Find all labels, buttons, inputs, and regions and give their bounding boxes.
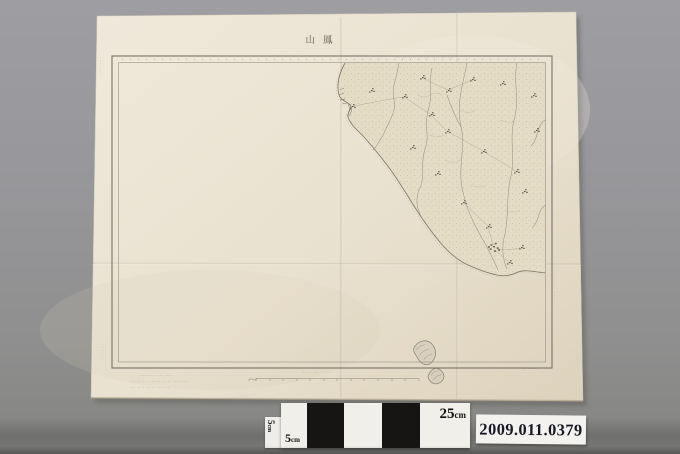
- catalog-number: 2009.011.0379: [479, 419, 583, 440]
- catalog-number-label: 2009.011.0379: [476, 414, 586, 444]
- photo-background: 山鳳 ······· ····· ······ ···· ··· ·· ····…: [0, 0, 680, 454]
- top-edge-labels: ··· ·· ···· ·· ··· ···· ·· ···: [395, 57, 545, 61]
- margin-left-bottom-text: ·····: [100, 344, 104, 358]
- margin-right-top-text: ······: [553, 56, 557, 73]
- ruler-segment-white-1: 5cm: [281, 403, 307, 448]
- imprint-line-1: ··············: [141, 374, 174, 378]
- ruler-vertical-segment: 5cm: [265, 417, 281, 448]
- ruler-25cm-label: 25cm: [440, 406, 467, 423]
- ruler-vertical-label: 5cm: [266, 420, 276, 432]
- ruler-segment-white-2: [344, 403, 382, 448]
- bottom-right-note: ··· ·····: [521, 368, 539, 372]
- map-paper: [40, 12, 590, 402]
- margin-right-bottom-text: ····: [552, 292, 556, 303]
- ruler-bar: 5cm 25cm: [281, 403, 470, 448]
- scale-bar-label: ·· · ··: [303, 371, 319, 375]
- ruler-5cm-label: 5cm: [285, 431, 300, 446]
- imprint-line-3: ·· ··· ···· ·····: [131, 386, 170, 390]
- ruler-segment-black-1: [307, 403, 344, 448]
- ruler-segment-white-3: 25cm: [420, 403, 470, 448]
- margin-left-top-text: ·······: [98, 57, 102, 77]
- photo-bottom-shadow: [0, 446, 680, 454]
- ruler-segment-black-2: [382, 403, 420, 448]
- map-title: 山鳳: [296, 37, 350, 47]
- measurement-ruler: 5cm 5cm 25cm: [265, 403, 470, 448]
- imprint-line-2: ·· ···· ····· ···· ·······: [131, 380, 191, 384]
